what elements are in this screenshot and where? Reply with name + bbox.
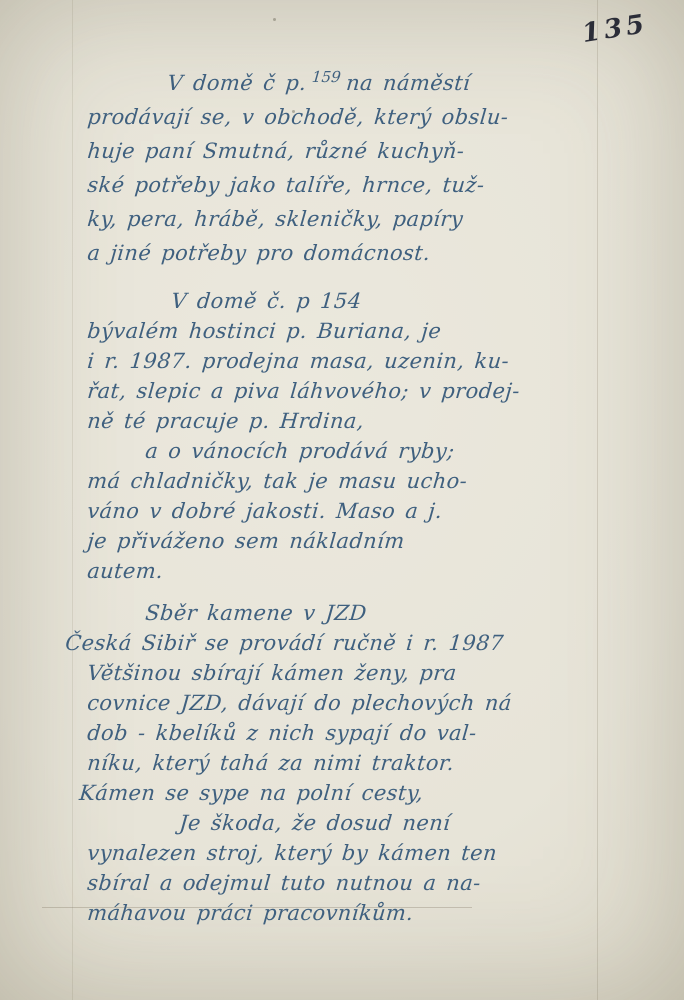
line-text: V domě č p.	[166, 71, 307, 95]
text-line: i r. 1987. prodejna masa, uzenin, ku-	[86, 346, 629, 376]
handwritten-text: V domě č p.159na náměstí prodávají se, v…	[86, 60, 626, 928]
text-line: řat, slepic a piva láhvového; v prodej-	[86, 376, 629, 406]
text-line: bývalém hostinci p. Buriana, je	[86, 316, 629, 346]
line-text: na náměstí	[345, 71, 471, 95]
text-line: má chladničky, tak je masu ucho-	[86, 466, 629, 496]
text-line: je přiváženo sem nákladním	[86, 526, 629, 556]
text-line: váno v dobré jakosti. Maso a j.	[86, 496, 629, 526]
text-line: a jiné potřeby pro domácnost.	[86, 236, 629, 270]
paper-speck	[273, 18, 276, 21]
text-line: covnice JZD, dávají do plechových ná	[86, 688, 629, 718]
chronicle-page-photo: 135 V domě č p.159na náměstí prodávají s…	[0, 0, 684, 1000]
text-line: ské potřeby jako talíře, hrnce, tuž-	[86, 168, 629, 202]
text-line: a o vánocích prodává ryby;	[86, 436, 629, 466]
text-line: huje paní Smutná, různé kuchyň-	[86, 134, 629, 168]
paragraph-house-154: V domě č. p 154 bývalém hostinci p. Buri…	[86, 286, 626, 586]
text-line: autem.	[86, 556, 629, 586]
paragraph-stone-collecting: Sběr kamene v JZD Česká Sibiř se provádí…	[86, 598, 626, 808]
section-heading: Sběr kamene v JZD	[86, 598, 629, 628]
text-line: máhavou práci pracovníkům.	[86, 898, 629, 928]
text-line: ně té pracuje p. Hrdina,	[86, 406, 629, 436]
text-line: níku, který tahá za nimi traktor.	[86, 748, 629, 778]
text-line: vynalezen stroj, který by kámen ten	[86, 838, 629, 868]
section-heading: V domě č. p 154	[86, 286, 629, 316]
text-line: ky, pera, hrábě, skleničky, papíry	[86, 202, 629, 236]
text-line: sbíral a odejmul tuto nutnou a na-	[86, 868, 629, 898]
text-line: Většinou sbírají kámen ženy, pra	[86, 658, 629, 688]
paragraph-closing-remark: Je škoda, že dosud není vynalezen stroj,…	[86, 808, 626, 928]
inserted-house-number: 159	[311, 68, 341, 86]
page-number: 135	[580, 9, 650, 49]
text-line: Je škoda, že dosud není	[86, 808, 629, 838]
text-line: Česká Sibiř se provádí ručně i r. 1987	[64, 628, 629, 658]
text-line: Kámen se sype na polní cesty,	[78, 778, 629, 808]
text-line: dob - kbelíků z nich sypají do val-	[86, 718, 629, 748]
left-margin-line	[72, 0, 73, 1000]
paragraph-house-159: V domě č p.159na náměstí prodávají se, v…	[86, 60, 626, 270]
text-line: V domě č p.159na náměstí	[86, 60, 629, 100]
text-line: prodávají se, v obchodě, který obslu-	[86, 100, 629, 134]
